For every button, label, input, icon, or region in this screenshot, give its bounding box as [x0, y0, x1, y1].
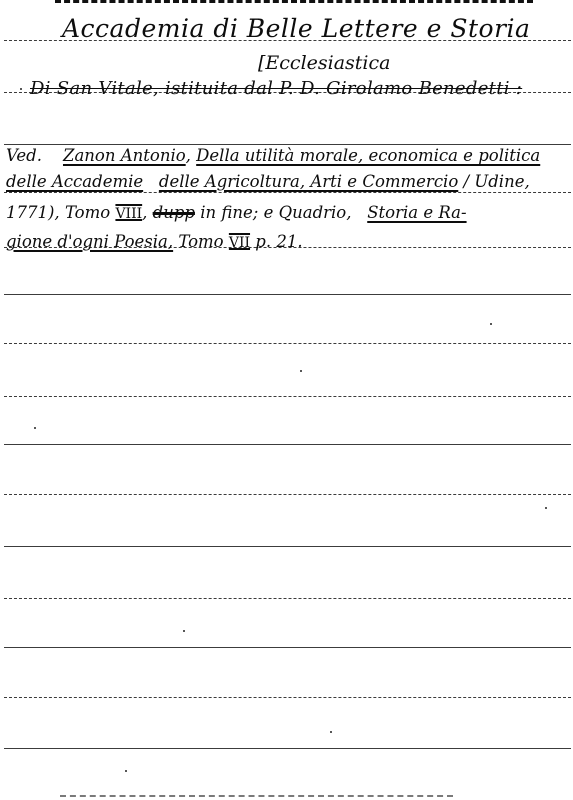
work-title-part-b: delle Accademie	[6, 172, 143, 191]
scan-speck	[545, 507, 547, 509]
ruled-line	[4, 343, 571, 344]
separator: ,	[186, 146, 197, 165]
author-name: Zanon Antonio	[63, 146, 186, 165]
ruled-line	[4, 697, 571, 698]
ruled-line	[4, 294, 571, 295]
card-subtitle: Di San Vitale, istituita dal P. D. Girol…	[30, 78, 522, 99]
top-edge-marks	[55, 0, 533, 7]
index-card: Accademia di Belle Lettere e Storia [Ecc…	[0, 0, 573, 800]
work-title-part-c: delle Agricoltura, Arti e Commercio	[159, 172, 458, 191]
entry-line-3: 1771), Tomo VIII, dupp in fine; e Quadri…	[6, 203, 467, 222]
publication-place: / Udine,	[464, 172, 530, 191]
bottom-edge-marks	[60, 795, 453, 797]
ruled-line	[4, 192, 571, 193]
ruled-line	[4, 144, 571, 145]
ruled-line	[4, 494, 571, 495]
scan-speck	[20, 88, 22, 90]
entry-line-1: Ved. Zanon Antonio, Della utilità morale…	[6, 146, 540, 165]
page-reference: p. 21.	[255, 232, 302, 251]
tomo-label: Tomo	[178, 232, 223, 251]
tomo-number: VIII	[115, 206, 142, 222]
scan-speck	[330, 731, 332, 733]
ruled-line	[4, 396, 571, 397]
entry-line-4: gione d'ogni Poesia, Tomo VII p. 21.	[6, 232, 303, 251]
entry-line-2: delle Accademie delle Agricoltura, Arti …	[6, 172, 530, 191]
ruled-line	[4, 598, 571, 599]
tomo-label: Tomo	[65, 203, 110, 222]
scan-speck	[183, 630, 185, 632]
scan-speck	[300, 370, 302, 372]
crossed-out-word: dupp	[153, 203, 195, 222]
tomo-number: VII	[229, 235, 250, 251]
work-title-part-d-cont: gione d'ogni Poesia,	[6, 232, 173, 251]
entry-text: in fine; e Quadrio,	[200, 203, 351, 222]
scan-speck	[34, 427, 36, 429]
work-title-part-d: Storia e Ra-	[367, 203, 466, 222]
work-title-part-a: Della utilità morale, economica e politi…	[196, 146, 540, 165]
ruled-line	[4, 444, 571, 445]
card-title: Accademia di Belle Lettere e Storia	[62, 14, 530, 43]
ruled-line	[4, 647, 571, 648]
ved-prefix: Ved.	[6, 146, 42, 165]
ruled-line	[4, 546, 571, 547]
ruled-line	[4, 748, 571, 749]
scan-speck	[490, 323, 492, 325]
card-title-continuation: [Ecclesiastica	[258, 52, 390, 74]
scan-speck	[125, 770, 127, 772]
publication-year: 1771),	[6, 203, 60, 222]
